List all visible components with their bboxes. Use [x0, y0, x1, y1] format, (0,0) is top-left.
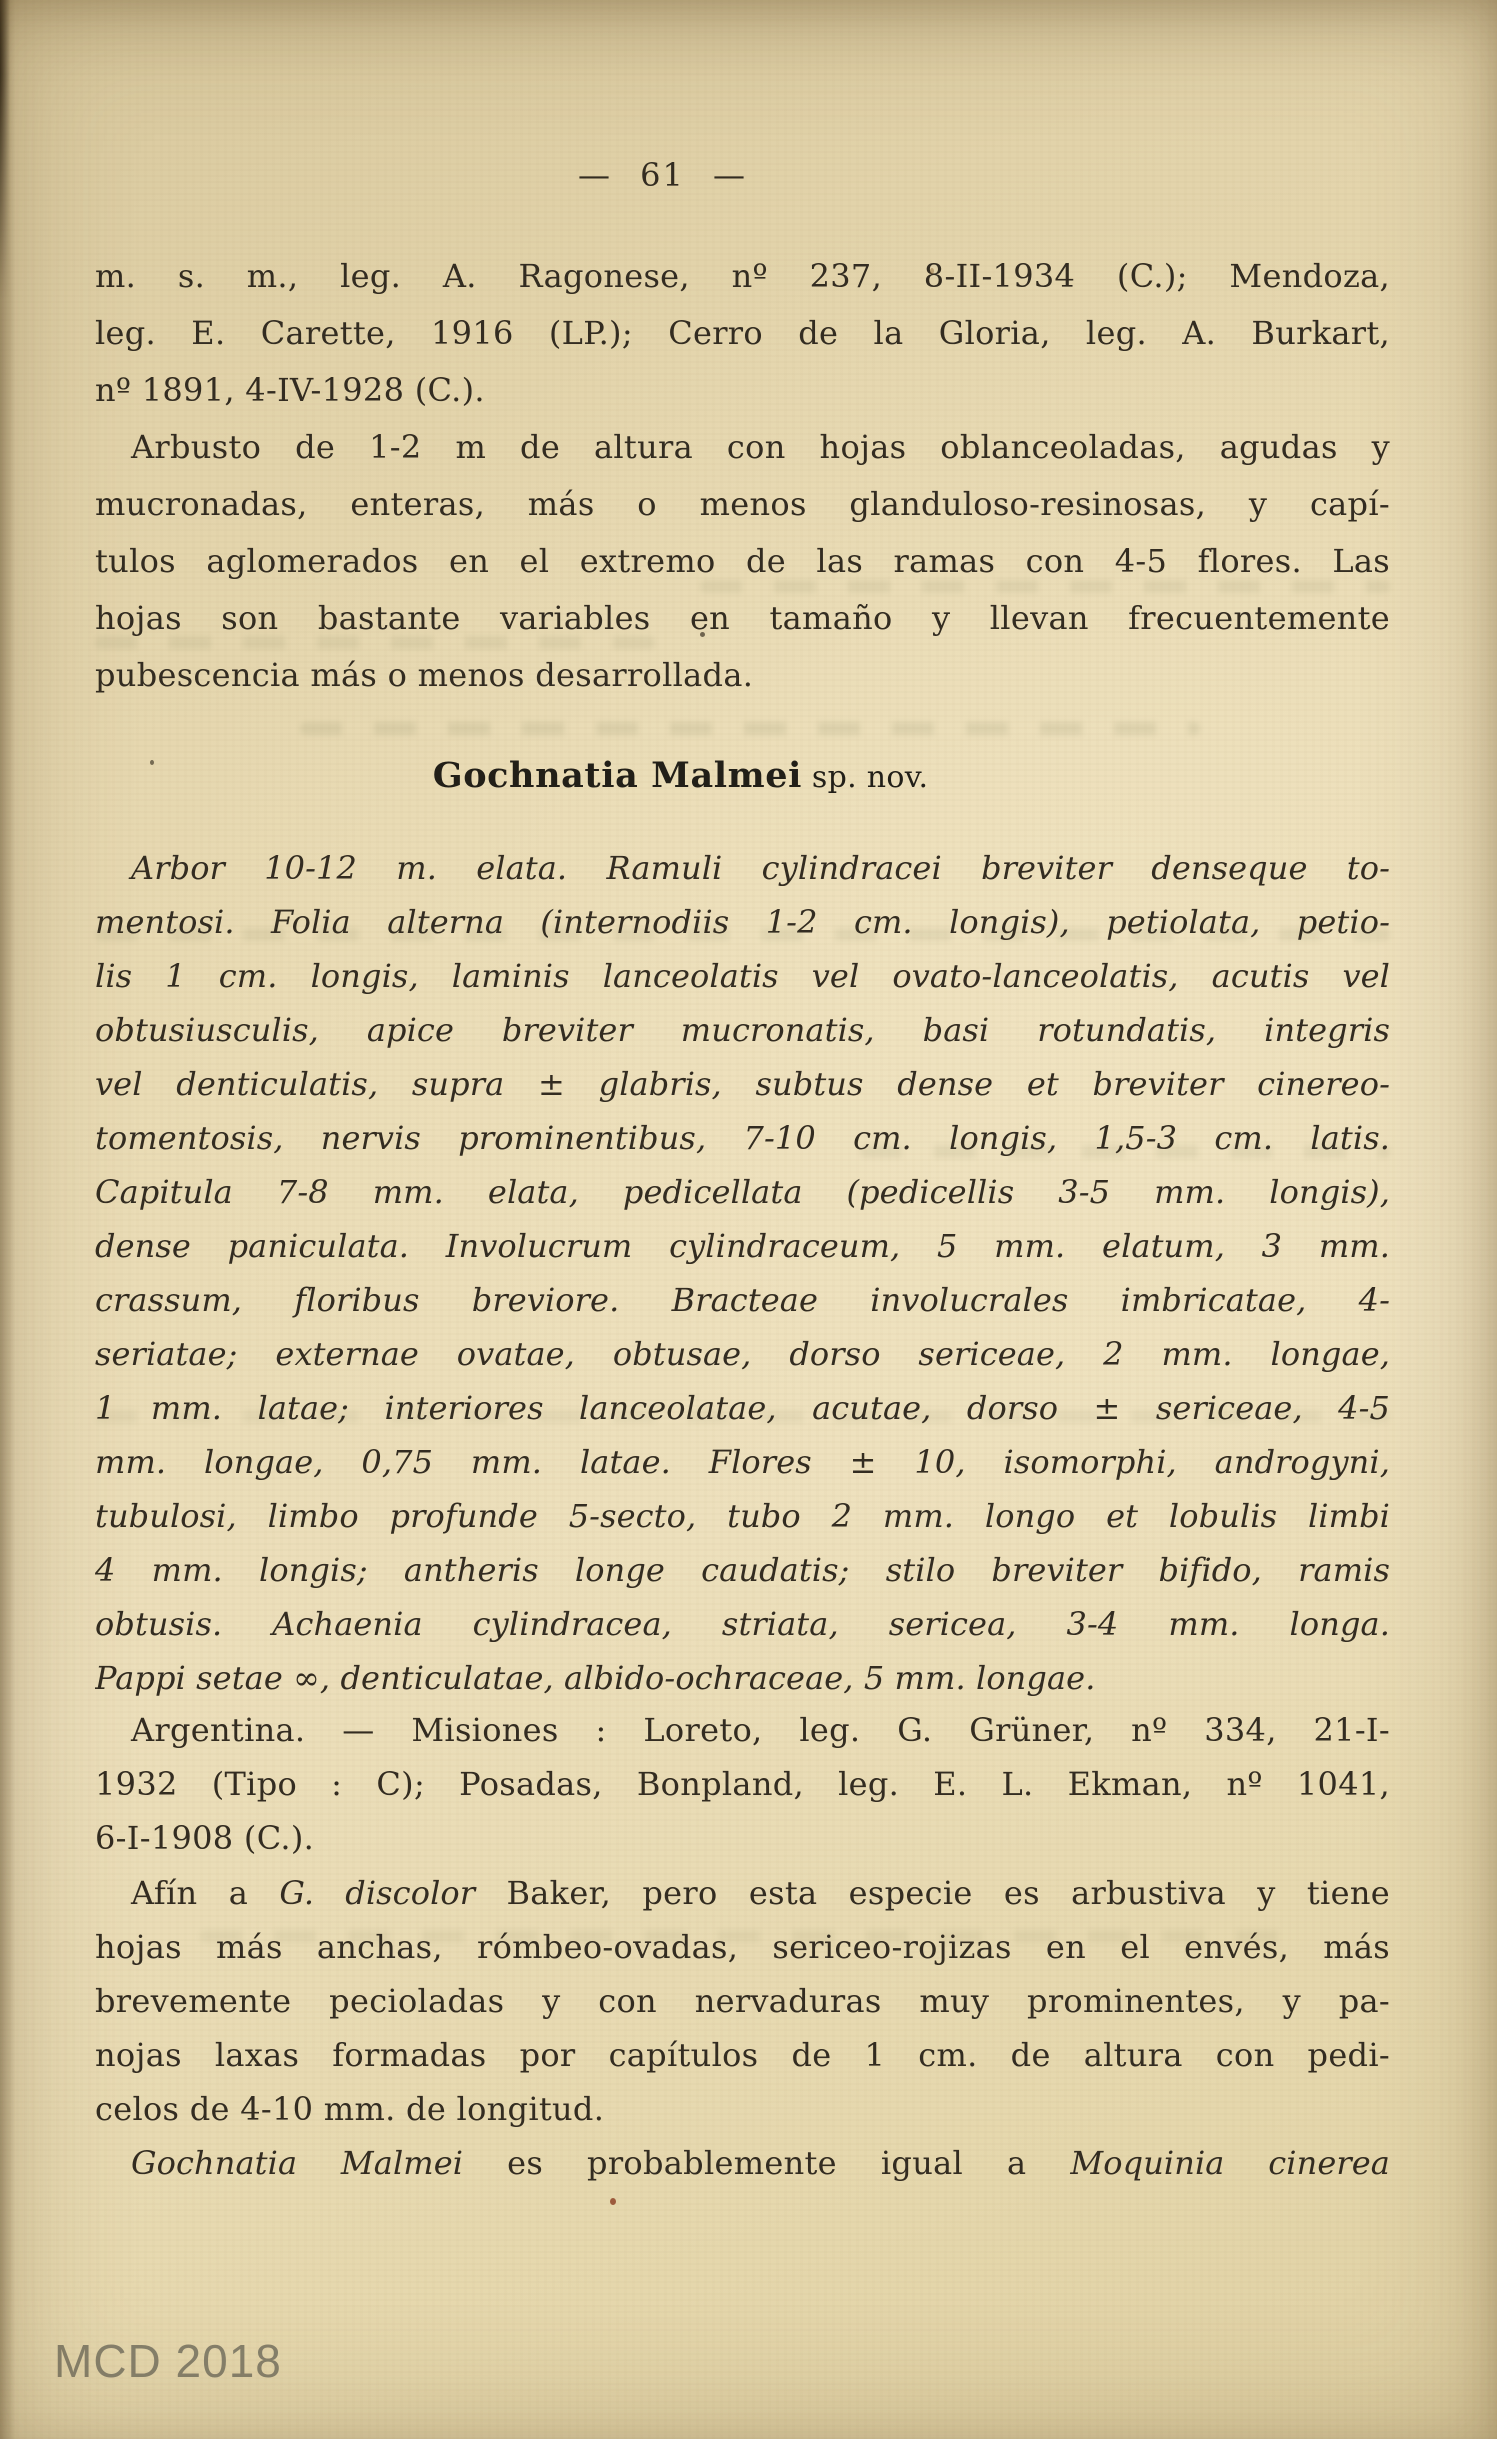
ink-speck	[700, 632, 705, 637]
italic-text: 4 mm. longis; antheris longe caudatis; s…	[95, 1551, 1390, 1589]
page-number: — 61 —	[0, 156, 1411, 194]
paragraph-afin: Afín a G. discolor Baker, pero esta espe…	[95, 1866, 1390, 2136]
text-line: mucronadas, enteras, más o menos glandul…	[95, 476, 1390, 533]
text-line: Gochnatia Malmei es probablemente igual …	[95, 2136, 1390, 2190]
text-line: seriatae; externae ovatae, obtusae, dors…	[95, 1327, 1390, 1381]
italic-text: mm. longae, 0,75 mm. latae. Flores ± 10,…	[95, 1443, 1390, 1481]
italic-text: Gochnatia Malmei	[131, 2144, 463, 2182]
text-line: Argentina. — Misiones : Loreto, leg. G. …	[95, 1703, 1390, 1757]
page-scan: — 61 — m. s. m., leg. A. Ragonese, nº 23…	[0, 0, 1497, 2439]
bleed-through-texture	[300, 722, 1200, 735]
roman-text: mucronadas, enteras, más o menos glandul…	[95, 485, 1390, 523]
italic-text: G. discolor	[279, 1874, 475, 1912]
text-line: dense paniculata. Involucrum cylindraceu…	[95, 1219, 1390, 1273]
paragraph-final: Gochnatia Malmei es probablemente igual …	[95, 2136, 1390, 2190]
roman-text: hojas son bastante variables en tamaño y…	[95, 599, 1390, 637]
italic-text: obtusiusculis, apice breviter mucronatis…	[95, 1011, 1390, 1049]
roman-text: celos de 4-10 mm. de longitud.	[95, 2090, 604, 2128]
text-line: tubulosi, limbo profunde 5-secto, tubo 2…	[95, 1489, 1390, 1543]
ink-speck	[610, 2198, 616, 2205]
text-line: vel denticulatis, supra ± glabris, subtu…	[95, 1057, 1390, 1111]
paragraph-argentina: Argentina. — Misiones : Loreto, leg. G. …	[95, 1703, 1390, 1865]
paragraph-locality: m. s. m., leg. A. Ragonese, nº 237, 8-II…	[95, 248, 1390, 419]
text-line: celos de 4-10 mm. de longitud.	[95, 2082, 1390, 2136]
roman-text: sp. nov.	[802, 760, 928, 795]
roman-text: hojas más anchas, rómbeo-ovadas, sericeo…	[95, 1928, 1390, 1966]
text-line: crassum, floribus breviore. Bracteae inv…	[95, 1273, 1390, 1327]
italic-text: tubulosi, limbo profunde 5-secto, tubo 2…	[95, 1497, 1390, 1535]
text-line: mentosi. Folia alterna (internodiis 1-2 …	[95, 895, 1390, 949]
roman-text: 1932 (Tipo : C); Posadas, Bonpland, leg.…	[95, 1765, 1390, 1803]
italic-text: obtusis. Achaenia cylindracea, striata, …	[95, 1605, 1390, 1643]
text-line: leg. E. Carette, 1916 (LP.); Cerro de la…	[95, 305, 1390, 362]
italic-text: 1 mm. latae; interiores lanceolatae, acu…	[95, 1389, 1390, 1427]
text-line: hojas son bastante variables en tamaño y…	[95, 590, 1390, 647]
text-line: Pappi setae ∞, denticulatae, albido-ochr…	[95, 1651, 1390, 1705]
text-line: Afín a G. discolor Baker, pero esta espe…	[95, 1866, 1390, 1920]
binding-corner-shadow	[0, 0, 10, 300]
text-line: Gochnatia Malmei sp. nov.	[33, 752, 1328, 800]
text-line: lis 1 cm. longis, laminis lanceolatis ve…	[95, 949, 1390, 1003]
italic-text: mentosi. Folia alterna (internodiis 1-2 …	[95, 903, 1390, 941]
italic-text: lis 1 cm. longis, laminis lanceolatis ve…	[95, 957, 1390, 995]
roman-text: m. s. m., leg. A. Ragonese, nº 237, 8-II…	[95, 257, 1390, 295]
text-line: m. s. m., leg. A. Ragonese, nº 237, 8-II…	[95, 248, 1390, 305]
roman-text: leg. E. Carette, 1916 (LP.); Cerro de la…	[95, 314, 1390, 352]
italic-text: Pappi setae ∞, denticulatae, albido-ochr…	[95, 1659, 1095, 1697]
italic-text: tomentosis, nervis prominentibus, 7-10 c…	[95, 1119, 1390, 1157]
text-line: mm. longae, 0,75 mm. latae. Flores ± 10,…	[95, 1435, 1390, 1489]
italic-text: vel denticulatis, supra ± glabris, subtu…	[95, 1065, 1390, 1103]
text-line: brevemente pecioladas y con nervaduras m…	[95, 1974, 1390, 2028]
italic-text: seriatae; externae ovatae, obtusae, dors…	[95, 1335, 1390, 1373]
text-line: Arbusto de 1-2 m de altura con hojas obl…	[95, 419, 1390, 476]
text-line: Arbor 10-12 m. elata. Ramuli cylindracei…	[95, 841, 1390, 895]
roman-text: Argentina. — Misiones : Loreto, leg. G. …	[131, 1711, 1390, 1749]
watermark: MCD 2018	[54, 2334, 282, 2388]
paragraph-arbusto: Arbusto de 1-2 m de altura con hojas obl…	[95, 419, 1390, 704]
italic-text: Moquinia cinerea	[1070, 2144, 1390, 2182]
roman-text: tulos aglomerados en el extremo de las r…	[95, 542, 1390, 580]
italic-text: crassum, floribus breviore. Bracteae inv…	[95, 1281, 1390, 1319]
text-line: obtusis. Achaenia cylindracea, striata, …	[95, 1597, 1390, 1651]
roman-text: Arbusto de 1-2 m de altura con hojas obl…	[131, 428, 1390, 466]
paragraph-latin: Arbor 10-12 m. elata. Ramuli cylindracei…	[95, 841, 1390, 1705]
italic-text: Arbor 10-12 m. elata. Ramuli cylindracei…	[131, 849, 1390, 887]
text-line: nº 1891, 4-IV-1928 (C.).	[95, 362, 1390, 419]
roman-text: nojas laxas formadas por capítulos de 1 …	[95, 2036, 1390, 2074]
roman-text: brevemente pecioladas y con nervaduras m…	[95, 1982, 1390, 2020]
text-line: obtusiusculis, apice breviter mucronatis…	[95, 1003, 1390, 1057]
roman-text: Baker, pero esta especie es arbustiva y …	[475, 1874, 1390, 1912]
roman-text: Afín a	[131, 1874, 279, 1912]
text-line: pubescencia más o menos desarrollada.	[95, 647, 1390, 704]
roman-text: pubescencia más o menos desarrollada.	[95, 656, 753, 694]
page-edge-shadow	[0, 0, 16, 2439]
text-line: 1 mm. latae; interiores lanceolatae, acu…	[95, 1381, 1390, 1435]
text-line: hojas más anchas, rómbeo-ovadas, sericeo…	[95, 1920, 1390, 1974]
ink-speck	[150, 760, 154, 765]
text-line: 4 mm. longis; antheris longe caudatis; s…	[95, 1543, 1390, 1597]
text-line: tomentosis, nervis prominentibus, 7-10 c…	[95, 1111, 1390, 1165]
text-line: 6-I-1908 (C.).	[95, 1811, 1390, 1865]
text-line: Capitula 7-8 mm. elata, pedicellata (ped…	[95, 1165, 1390, 1219]
paragraph-heading: Gochnatia Malmei sp. nov.	[33, 752, 1328, 800]
text-line: tulos aglomerados en el extremo de las r…	[95, 533, 1390, 590]
ink-speck	[930, 268, 934, 274]
italic-text: Capitula 7-8 mm. elata, pedicellata (ped…	[95, 1173, 1390, 1211]
roman-text: es probablemente igual a	[463, 2144, 1070, 2182]
species-name-bold: Gochnatia Malmei	[433, 755, 802, 796]
text-line: nojas laxas formadas por capítulos de 1 …	[95, 2028, 1390, 2082]
roman-text: nº 1891, 4-IV-1928 (C.).	[95, 371, 485, 409]
roman-text: 6-I-1908 (C.).	[95, 1819, 314, 1857]
text-line: 1932 (Tipo : C); Posadas, Bonpland, leg.…	[95, 1757, 1390, 1811]
italic-text: dense paniculata. Involucrum cylindraceu…	[95, 1227, 1390, 1265]
